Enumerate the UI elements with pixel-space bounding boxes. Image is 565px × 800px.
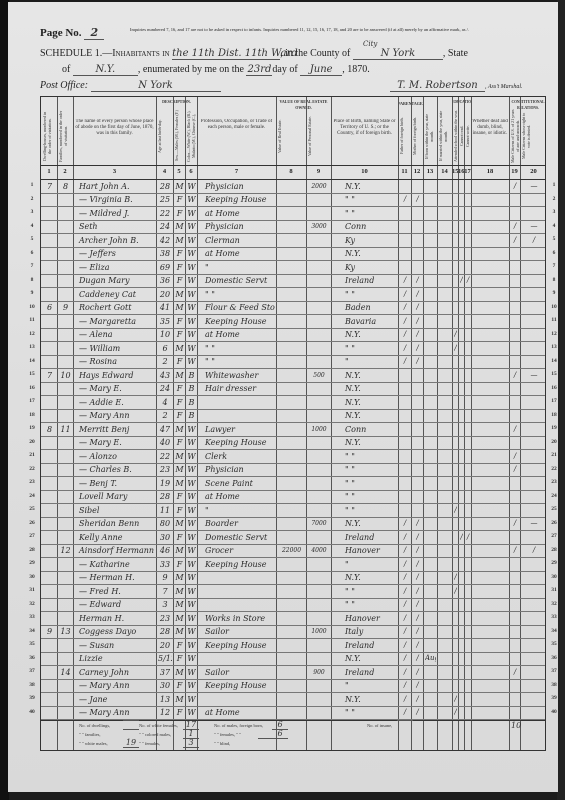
- column-header-15: Attended school within the year.: [453, 109, 457, 163]
- post-office-value: N York: [91, 80, 221, 92]
- footer-label: No. of insane,: [367, 723, 392, 728]
- cell-c18: [473, 262, 508, 273]
- cell-c15: [454, 208, 457, 219]
- cell-c18: [473, 248, 508, 259]
- cell-f: [400, 370, 410, 381]
- cell-c17: [466, 370, 470, 381]
- cell-birth: " ": [333, 464, 397, 475]
- cell-name: — Susan: [75, 640, 155, 651]
- column-header-7: Profession, Occupation, or Trade of each…: [198, 119, 275, 159]
- cell-birth: " ": [333, 599, 397, 610]
- cell-real: [278, 275, 305, 286]
- cell-m: /: [413, 640, 422, 651]
- cell-birth: N.Y.: [333, 653, 397, 664]
- cell-c14: [439, 640, 451, 651]
- cell-fam: [59, 478, 72, 489]
- cell-fam: 9: [59, 302, 72, 313]
- column-header-5: Sex.—Males (M.), Females (F.): [174, 109, 184, 163]
- cell-pers: [308, 613, 330, 624]
- footer-label: " " colored males,: [139, 732, 171, 737]
- enumerated-label: , enumerated by me on the: [138, 64, 244, 75]
- cell-f: /: [400, 275, 410, 286]
- column-header-8: Value of Real Estate.: [277, 109, 305, 163]
- cell-c14: [439, 356, 451, 367]
- column-header-6: Color.—White (W.), Black (B.), Mulatto (…: [186, 109, 196, 163]
- cell-real: [278, 640, 305, 651]
- group-constitutional: CONSTITUTIONAL RELATIONS.: [509, 99, 547, 109]
- cell-occ: [199, 694, 275, 705]
- cell-c19: [511, 194, 519, 205]
- cell-name: Lovell Mary: [75, 491, 155, 502]
- cell-c20: [522, 262, 546, 273]
- instructions-note: Inquiries numbered 7, 16, and 17 are not…: [130, 27, 545, 32]
- cell-fam: [59, 680, 72, 691]
- cell-sex: F: [175, 208, 184, 219]
- cell-f: /: [400, 680, 410, 691]
- cell-sex: M: [175, 221, 184, 232]
- cell-occ: [199, 410, 275, 421]
- cell-c13: [425, 505, 436, 516]
- cell-c14: [439, 518, 451, 529]
- cell-c18: [473, 559, 508, 570]
- cell-c20: [522, 707, 546, 718]
- cell-c13: [425, 262, 436, 273]
- cell-fam: [59, 221, 72, 232]
- cell-c19: [511, 559, 519, 570]
- cell-c13: [425, 437, 436, 448]
- cell-c16: [460, 208, 463, 219]
- group-description: DESCRIPTION.: [156, 99, 197, 107]
- cell-c18: [473, 478, 508, 489]
- cell-sex: M: [175, 424, 184, 435]
- cell-c20: [522, 586, 546, 597]
- cell-dw: [43, 694, 56, 705]
- cell-c20: [522, 451, 546, 462]
- line-number-right: 2: [549, 196, 559, 202]
- cell-m: /: [413, 532, 422, 543]
- cell-real: [278, 181, 305, 192]
- county-value: N York: [353, 48, 443, 60]
- cell-m: /: [413, 559, 422, 570]
- cell-c14: [439, 397, 451, 408]
- cell-color: W: [187, 437, 196, 448]
- cell-c20: /: [522, 235, 546, 246]
- cell-birth: N.Y.: [333, 410, 397, 421]
- cell-fam: [59, 518, 72, 529]
- cell-occ: Clerk: [199, 451, 275, 462]
- cell-name: — Charles B.: [75, 464, 155, 475]
- cell-sex: F: [175, 505, 184, 516]
- cell-c18: [473, 437, 508, 448]
- footer-label: No. of dwellings,: [79, 723, 110, 728]
- cell-dw: 9: [43, 626, 56, 637]
- cell-c16: [460, 667, 463, 678]
- cell-m: [413, 478, 422, 489]
- cell-c19: [511, 505, 519, 516]
- cell-birth: N.Y.: [333, 329, 397, 340]
- cell-name: Hays Edward: [75, 370, 155, 381]
- line-number-right: 36: [549, 655, 559, 661]
- cell-name: — Mary Ann: [75, 410, 155, 421]
- cell-c17: [466, 329, 470, 340]
- cell-fam: [59, 559, 72, 570]
- cell-c19: [511, 694, 519, 705]
- cell-c13: [425, 235, 436, 246]
- cell-f: /: [400, 302, 410, 313]
- cell-c16: [460, 194, 463, 205]
- cell-c15: [454, 626, 457, 637]
- column-number-3: 3: [73, 165, 156, 179]
- cell-birth: ": [333, 680, 397, 691]
- cell-c14: [439, 680, 451, 691]
- cell-real: [278, 694, 305, 705]
- cell-m: [413, 208, 422, 219]
- cell-color: B: [187, 397, 196, 408]
- cell-c19: [511, 478, 519, 489]
- cell-dw: [43, 221, 56, 232]
- cell-c15: [454, 410, 457, 421]
- cell-m: /: [413, 707, 422, 718]
- cell-c18: [473, 640, 508, 651]
- cell-c13: [425, 572, 436, 583]
- cell-color: W: [187, 694, 196, 705]
- column-number-7: 7: [197, 165, 276, 179]
- cell-m: [413, 221, 422, 232]
- cell-c17: [466, 559, 470, 570]
- cell-c18: [473, 464, 508, 475]
- cell-real: [278, 532, 305, 543]
- cell-f: [400, 505, 410, 516]
- cell-sex: F: [175, 680, 184, 691]
- cell-c15: [454, 356, 457, 367]
- cell-c14: [439, 545, 451, 556]
- cell-c20: [522, 653, 546, 664]
- cell-fam: [59, 640, 72, 651]
- cell-c14: [439, 572, 451, 583]
- cell-birth: " ": [333, 208, 397, 219]
- cell-birth: " ": [333, 194, 397, 205]
- cell-pers: [308, 640, 330, 651]
- cell-age: 24: [158, 221, 172, 232]
- cell-c20: /: [522, 545, 546, 556]
- line-number-left: 17: [27, 398, 37, 404]
- cell-occ: [199, 572, 275, 583]
- cell-occ: at Home: [199, 329, 275, 340]
- cell-dw: [43, 653, 56, 664]
- cell-color: W: [187, 343, 196, 354]
- cell-color: W: [187, 194, 196, 205]
- cell-c20: [522, 410, 546, 421]
- cell-color: W: [187, 572, 196, 583]
- cell-real: [278, 464, 305, 475]
- cell-c14: [439, 586, 451, 597]
- cell-color: W: [187, 302, 196, 313]
- cell-c19: [511, 397, 519, 408]
- cell-color: W: [187, 464, 196, 475]
- cell-c17: [466, 181, 470, 192]
- cell-birth: N.Y.: [333, 518, 397, 529]
- cell-c17: [466, 208, 470, 219]
- cell-c16: [460, 464, 463, 475]
- cell-name: — Rosina: [75, 356, 155, 367]
- line-number-left: 30: [27, 574, 37, 580]
- cell-c14: [439, 491, 451, 502]
- cell-fam: [59, 397, 72, 408]
- cell-sex: M: [175, 343, 184, 354]
- cell-c14: [439, 653, 451, 664]
- cell-f: /: [400, 653, 410, 664]
- cell-c16: [460, 343, 463, 354]
- cell-c19: [511, 680, 519, 691]
- cell-occ: at Home: [199, 707, 275, 718]
- cell-dw: [43, 707, 56, 718]
- cell-fam: 8: [59, 181, 72, 192]
- footer-label: No. of white females,: [139, 723, 178, 728]
- cell-f: /: [400, 545, 410, 556]
- cell-c13: [425, 397, 436, 408]
- cell-dw: [43, 545, 56, 556]
- cell-pers: 7000: [308, 518, 330, 529]
- cell-birth: Ky: [333, 262, 397, 273]
- cell-occ: [199, 586, 275, 597]
- cell-fam: 11: [59, 424, 72, 435]
- cell-age: 4: [158, 397, 172, 408]
- cell-c20: [522, 275, 546, 286]
- cell-birth: Hanover: [333, 545, 397, 556]
- cell-c17: /: [466, 275, 470, 286]
- cell-real: [278, 262, 305, 273]
- cell-dw: [43, 667, 56, 678]
- cell-c15: [454, 221, 457, 232]
- marshal-signature: T. M. Robertson: [390, 80, 485, 92]
- line-number-left: 28: [27, 547, 37, 553]
- cell-color: W: [187, 208, 196, 219]
- column-number-1: 1: [41, 165, 57, 179]
- cell-c19: /: [511, 221, 519, 232]
- cell-c19: /: [511, 370, 519, 381]
- cell-m: /: [413, 518, 422, 529]
- line-number-right: 15: [549, 371, 559, 377]
- cell-sex: M: [175, 478, 184, 489]
- cell-sex: F: [175, 437, 184, 448]
- cell-real: [278, 316, 305, 327]
- cell-c17: [466, 316, 470, 327]
- cell-birth: " ": [333, 586, 397, 597]
- line-number-right: 30: [549, 574, 559, 580]
- cell-pers: [308, 586, 330, 597]
- cell-birth: " ": [333, 478, 397, 489]
- line-number-left: 12: [27, 331, 37, 337]
- cell-fam: [59, 586, 72, 597]
- cell-c16: [460, 491, 463, 502]
- cell-c15: [454, 275, 457, 286]
- cell-m: [413, 505, 422, 516]
- cell-c17: [466, 437, 470, 448]
- line-number-right: 8: [549, 277, 559, 283]
- cell-pers: [308, 680, 330, 691]
- cell-occ: at Home: [199, 491, 275, 502]
- cell-fam: [59, 613, 72, 624]
- cell-c14: [439, 370, 451, 381]
- cell-sex: M: [175, 545, 184, 556]
- cell-c15: /: [454, 572, 457, 583]
- line-number-right: 3: [549, 209, 559, 215]
- cell-c15: [454, 653, 457, 664]
- cell-sex: F: [175, 491, 184, 502]
- cell-f: [400, 451, 410, 462]
- cell-real: [278, 356, 305, 367]
- cell-color: W: [187, 478, 196, 489]
- cell-c19: [511, 316, 519, 327]
- footer-col19-total: 10: [511, 721, 521, 730]
- cell-real: [278, 397, 305, 408]
- cell-birth: ": [333, 356, 397, 367]
- cell-c20: [522, 464, 546, 475]
- cell-c19: [511, 329, 519, 340]
- cell-name: Caddeney Cat: [75, 289, 155, 300]
- cell-m: /: [413, 613, 422, 624]
- cell-c13: [425, 424, 436, 435]
- line-number-right: 6: [549, 250, 559, 256]
- cell-occ: Keeping House: [199, 316, 275, 327]
- cell-c19: [511, 613, 519, 624]
- cell-c15: [454, 545, 457, 556]
- line-number-left: 16: [27, 385, 37, 391]
- cell-occ: Domestic Servt: [199, 275, 275, 286]
- cell-name: — Jeffers: [75, 248, 155, 259]
- footer-value-foreign-females: 6: [272, 729, 288, 739]
- cell-c18: [473, 599, 508, 610]
- column-header-18: Whether deaf and dumb, blind, insane, or…: [472, 119, 508, 159]
- footer-value-families: [123, 729, 139, 730]
- cell-name: — Mary Ann: [75, 680, 155, 691]
- cell-f: /: [400, 694, 410, 705]
- cell-c16: [460, 370, 463, 381]
- cell-c17: [466, 221, 470, 232]
- cell-fam: [59, 356, 72, 367]
- cell-c14: [439, 464, 451, 475]
- cell-c13: [425, 559, 436, 570]
- cell-c18: [473, 343, 508, 354]
- cell-c14: [439, 329, 451, 340]
- cell-color: W: [187, 545, 196, 556]
- cell-c16: [460, 626, 463, 637]
- cell-occ: Scene Paint: [199, 478, 275, 489]
- cell-real: [278, 194, 305, 205]
- cell-c14: [439, 248, 451, 259]
- cell-c15: [454, 316, 457, 327]
- cell-pers: [308, 491, 330, 502]
- cell-birth: N.Y.: [333, 383, 397, 394]
- line-number-right: 7: [549, 263, 559, 269]
- group-education: EDUCATION.: [452, 99, 471, 109]
- cell-real: [278, 653, 305, 664]
- cell-c19: /: [511, 667, 519, 678]
- cell-dw: [43, 599, 56, 610]
- cell-c20: [522, 694, 546, 705]
- cell-c15: [454, 667, 457, 678]
- cell-real: [278, 478, 305, 489]
- cell-c15: [454, 640, 457, 651]
- cell-pers: [308, 356, 330, 367]
- cell-c15: [454, 370, 457, 381]
- cell-birth: N.Y.: [333, 437, 397, 448]
- cell-c16: [460, 545, 463, 556]
- cell-c18: [473, 356, 508, 367]
- cell-fam: [59, 248, 72, 259]
- cell-name: — Mary E.: [75, 383, 155, 394]
- cell-c15: [454, 194, 457, 205]
- cell-c20: [522, 599, 546, 610]
- cell-real: [278, 613, 305, 624]
- cell-c19: [511, 302, 519, 313]
- cell-dw: [43, 437, 56, 448]
- cell-c13: [425, 329, 436, 340]
- cell-c20: [522, 532, 546, 543]
- line-number-right: 12: [549, 331, 559, 337]
- cell-c19: [511, 248, 519, 259]
- cell-c14: [439, 208, 451, 219]
- cell-c17: [466, 464, 470, 475]
- cell-c18: [473, 667, 508, 678]
- cell-birth: Hanover: [333, 613, 397, 624]
- cell-c15: [454, 248, 457, 259]
- cell-real: [278, 289, 305, 300]
- cell-c14: [439, 478, 451, 489]
- cell-fam: [59, 599, 72, 610]
- cell-c20: [522, 248, 546, 259]
- line-number-right: 22: [549, 466, 559, 472]
- cell-age: 80: [158, 518, 172, 529]
- cell-c16: [460, 437, 463, 448]
- line-number-right: 18: [549, 412, 559, 418]
- cell-name: — Edward: [75, 599, 155, 610]
- cell-c18: [473, 532, 508, 543]
- in-the-label: , in the: [280, 48, 308, 59]
- cell-birth: " ": [333, 343, 397, 354]
- cell-c16: [460, 316, 463, 327]
- cell-real: [278, 221, 305, 232]
- cell-real: [278, 599, 305, 610]
- column-header-3: The name of every person whose place of …: [74, 119, 155, 159]
- cell-c16: [460, 289, 463, 300]
- cell-m: /: [413, 343, 422, 354]
- cell-c20: [522, 559, 546, 570]
- cell-sex: M: [175, 572, 184, 583]
- cell-occ: Keeping House: [199, 194, 275, 205]
- cell-color: B: [187, 370, 196, 381]
- cell-color: B: [187, 410, 196, 421]
- cell-real: [278, 235, 305, 246]
- column-number-4: 4: [156, 165, 173, 179]
- cell-c13: [425, 478, 436, 489]
- cell-c14: [439, 707, 451, 718]
- line-number-left: 10: [27, 304, 37, 310]
- cell-c16: /: [460, 532, 463, 543]
- cell-f: /: [400, 194, 410, 205]
- cell-c17: [466, 194, 470, 205]
- cell-color: W: [187, 505, 196, 516]
- cell-pers: [308, 248, 330, 259]
- cell-c13: [425, 275, 436, 286]
- cell-f: [400, 221, 410, 232]
- cell-c20: [522, 613, 546, 624]
- cell-color: W: [187, 316, 196, 327]
- cell-c13: [425, 181, 436, 192]
- cell-age: 40: [158, 437, 172, 448]
- cell-occ: ": [199, 505, 275, 516]
- line-number-left: 22: [27, 466, 37, 472]
